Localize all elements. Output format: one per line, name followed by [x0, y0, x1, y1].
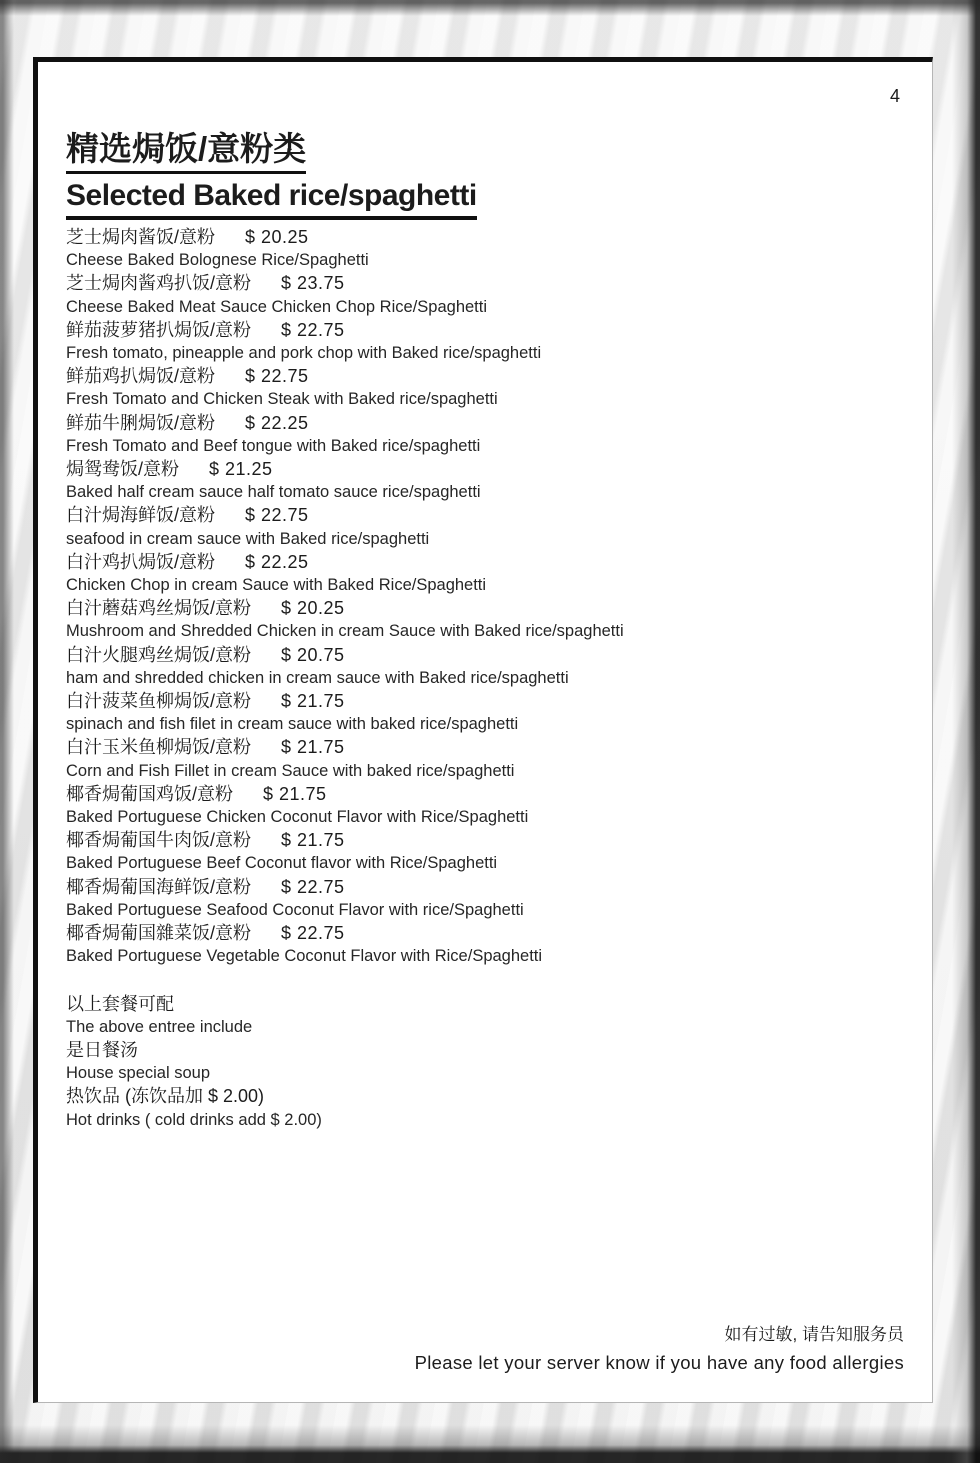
- item-name-zh: 椰香焗葡国鸡饭/意粉: [66, 784, 233, 804]
- item-desc-en: Baked half cream sauce half tomato sauce…: [66, 481, 904, 504]
- menu-item-name-row: 椰香焗葡国牛肉饭/意粉$ 21.75: [66, 829, 904, 852]
- menu-item-name-row: 白汁焗海鲜饭/意粉$ 22.75: [66, 504, 904, 527]
- item-name-zh: 白汁火腿鸡丝焗饭/意粉: [66, 645, 251, 665]
- menu-item-name-row: 鲜茄菠萝猪扒焗饭/意粉$ 22.75: [66, 319, 904, 342]
- item-desc-en: Chicken Chop in cream Sauce with Baked R…: [66, 574, 904, 597]
- item-price: $ 23.75: [281, 273, 345, 293]
- item-name-zh: 白汁玉米鱼柳焗饭/意粉: [66, 737, 251, 757]
- item-desc-en: spinach and fish filet in cream sauce wi…: [66, 713, 904, 736]
- item-price: $ 21.75: [263, 784, 327, 804]
- item-name-zh: 白汁蘑菇鸡丝焗饭/意粉: [66, 598, 251, 618]
- menu-items: 芝士焗肉酱饭/意粉$ 20.25 Cheese Baked Bolognese …: [66, 226, 904, 969]
- menu-item: 白汁火腿鸡丝焗饭/意粉$ 20.75 ham and shredded chic…: [66, 644, 904, 690]
- item-desc-en: Fresh Tomato and Beef tongue with Baked …: [66, 435, 904, 458]
- allergy-notice-chinese: 如有过敏, 请告知服务员: [415, 1322, 904, 1348]
- menu-item-name-row: 白汁玉米鱼柳焗饭/意粉$ 21.75: [66, 736, 904, 759]
- menu-title-english: Selected Baked rice/spaghetti: [66, 177, 904, 220]
- menu-page: 4 精选焗饭/意粉类 Selected Baked rice/spaghetti…: [33, 57, 933, 1403]
- menu-item: 白汁鸡扒焗饭/意粉$ 22.25 Chicken Chop in cream S…: [66, 551, 904, 597]
- item-price: $ 22.75: [281, 923, 345, 943]
- item-name-zh: 椰香焗葡国牛肉饭/意粉: [66, 830, 251, 850]
- item-price: $ 20.75: [281, 645, 345, 665]
- item-name-zh: 芝士焗肉酱鸡扒饭/意粉: [66, 273, 251, 293]
- item-price: $ 21.75: [281, 691, 345, 711]
- menu-item-name-row: 椰香焗葡国雜菜饭/意粉$ 22.75: [66, 922, 904, 945]
- footer-note-line: 热饮品 (冻饮品加 $ 2.00): [66, 1085, 904, 1108]
- item-name-zh: 鲜茄牛脷焗饭/意粉: [66, 413, 215, 433]
- item-name-zh: 白汁鸡扒焗饭/意粉: [66, 552, 215, 572]
- item-price: $ 22.25: [245, 552, 309, 572]
- menu-item: 芝士焗肉酱鸡扒饭/意粉$ 23.75 Cheese Baked Meat Sau…: [66, 272, 904, 318]
- item-price: $ 20.25: [245, 227, 309, 247]
- menu-item-name-row: 芝士焗肉酱饭/意粉$ 20.25: [66, 226, 904, 249]
- item-name-zh: 椰香焗葡国雜菜饭/意粉: [66, 923, 251, 943]
- menu-title-chinese-text: 精选焗饭/意粉类: [66, 128, 306, 174]
- footer-note-line: The above entree include: [66, 1016, 904, 1039]
- menu-title-english-text: Selected Baked rice/spaghetti: [66, 177, 477, 220]
- item-price: $ 22.75: [245, 505, 309, 525]
- item-name-zh: 芝士焗肉酱饭/意粉: [66, 227, 215, 247]
- menu-item-name-row: 白汁菠菜鱼柳焗饭/意粉$ 21.75: [66, 690, 904, 713]
- menu-item: 白汁蘑菇鸡丝焗饭/意粉$ 20.25 Mushroom and Shredded…: [66, 597, 904, 643]
- item-name-zh: 鲜茄菠萝猪扒焗饭/意粉: [66, 320, 251, 340]
- item-name-zh: 鲜茄鸡扒焗饭/意粉: [66, 366, 215, 386]
- item-desc-en: Mushroom and Shredded Chicken in cream S…: [66, 620, 904, 643]
- footer-note-line: House special soup: [66, 1062, 904, 1085]
- menu-item-name-row: 椰香焗葡国海鲜饭/意粉$ 22.75: [66, 876, 904, 899]
- item-price: $ 22.75: [281, 877, 345, 897]
- footer-note-line: 是日餐汤: [66, 1039, 904, 1062]
- menu-item: 鲜茄鸡扒焗饭/意粉$ 22.75 Fresh Tomato and Chicke…: [66, 365, 904, 411]
- menu-item-name-row: 鲜茄鸡扒焗饭/意粉$ 22.75: [66, 365, 904, 388]
- item-desc-en: Baked Portuguese Vegetable Coconut Flavo…: [66, 945, 904, 968]
- menu-item: 椰香焗葡国牛肉饭/意粉$ 21.75 Baked Portuguese Beef…: [66, 829, 904, 875]
- footer-note-line: Hot drinks ( cold drinks add $ 2.00): [66, 1109, 904, 1132]
- menu-item: 椰香焗葡国鸡饭/意粉$ 21.75 Baked Portuguese Chick…: [66, 783, 904, 829]
- item-desc-en: Corn and Fish Fillet in cream Sauce with…: [66, 760, 904, 783]
- menu-item: 椰香焗葡国海鲜饭/意粉$ 22.75 Baked Portuguese Seaf…: [66, 876, 904, 922]
- menu-item: 鲜茄菠萝猪扒焗饭/意粉$ 22.75 Fresh tomato, pineapp…: [66, 319, 904, 365]
- menu-item-name-row: 焗鸳鸯饭/意粉$ 21.25: [66, 458, 904, 481]
- menu-item: 椰香焗葡国雜菜饭/意粉$ 22.75 Baked Portuguese Vege…: [66, 922, 904, 968]
- menu-item: 芝士焗肉酱饭/意粉$ 20.25 Cheese Baked Bolognese …: [66, 226, 904, 272]
- item-name-zh: 椰香焗葡国海鲜饭/意粉: [66, 877, 251, 897]
- item-desc-en: Cheese Baked Meat Sauce Chicken Chop Ric…: [66, 296, 904, 319]
- item-name-zh: 白汁菠菜鱼柳焗饭/意粉: [66, 691, 251, 711]
- item-price: $ 21.25: [209, 459, 273, 479]
- page-number: 4: [66, 86, 904, 106]
- item-name-zh: 焗鸳鸯饭/意粉: [66, 459, 179, 479]
- menu-item-name-row: 鲜茄牛脷焗饭/意粉$ 22.25: [66, 412, 904, 435]
- item-price: $ 21.75: [281, 830, 345, 850]
- menu-item-name-row: 芝士焗肉酱鸡扒饭/意粉$ 23.75: [66, 272, 904, 295]
- item-price: $ 22.25: [245, 413, 309, 433]
- item-price: $ 21.75: [281, 737, 345, 757]
- item-price: $ 20.25: [281, 598, 345, 618]
- footer-note: 以上套餐可配 The above entree include 是日餐汤 Hou…: [66, 993, 904, 1132]
- menu-item-name-row: 白汁火腿鸡丝焗饭/意粉$ 20.75: [66, 644, 904, 667]
- item-desc-en: Baked Portuguese Seafood Coconut Flavor …: [66, 899, 904, 922]
- allergy-notice: 如有过敏, 请告知服务员 Please let your server know…: [415, 1322, 904, 1378]
- item-desc-en: Baked Portuguese Chicken Coconut Flavor …: [66, 806, 904, 829]
- menu-item: 白汁菠菜鱼柳焗饭/意粉$ 21.75 spinach and fish file…: [66, 690, 904, 736]
- item-price: $ 22.75: [281, 320, 345, 340]
- item-name-zh: 白汁焗海鲜饭/意粉: [66, 505, 215, 525]
- item-desc-en: Fresh tomato, pineapple and pork chop wi…: [66, 342, 904, 365]
- menu-item: 白汁玉米鱼柳焗饭/意粉$ 21.75 Corn and Fish Fillet …: [66, 736, 904, 782]
- menu-item: 焗鸳鸯饭/意粉$ 21.25 Baked half cream sauce ha…: [66, 458, 904, 504]
- item-price: $ 22.75: [245, 366, 309, 386]
- menu-item: 鲜茄牛脷焗饭/意粉$ 22.25 Fresh Tomato and Beef t…: [66, 412, 904, 458]
- menu-title-chinese: 精选焗饭/意粉类: [66, 128, 904, 174]
- footer-note-line: 以上套餐可配: [66, 993, 904, 1016]
- allergy-notice-english: Please let your server know if you have …: [415, 1348, 904, 1378]
- item-desc-en: ham and shredded chicken in cream sauce …: [66, 667, 904, 690]
- item-desc-en: seafood in cream sauce with Baked rice/s…: [66, 528, 904, 551]
- menu-item-name-row: 白汁鸡扒焗饭/意粉$ 22.25: [66, 551, 904, 574]
- item-desc-en: Baked Portuguese Beef Coconut flavor wit…: [66, 852, 904, 875]
- item-desc-en: Cheese Baked Bolognese Rice/Spaghetti: [66, 249, 904, 272]
- menu-item-name-row: 椰香焗葡国鸡饭/意粉$ 21.75: [66, 783, 904, 806]
- menu-item-name-row: 白汁蘑菇鸡丝焗饭/意粉$ 20.25: [66, 597, 904, 620]
- menu-item: 白汁焗海鲜饭/意粉$ 22.75 seafood in cream sauce …: [66, 504, 904, 550]
- item-desc-en: Fresh Tomato and Chicken Steak with Bake…: [66, 388, 904, 411]
